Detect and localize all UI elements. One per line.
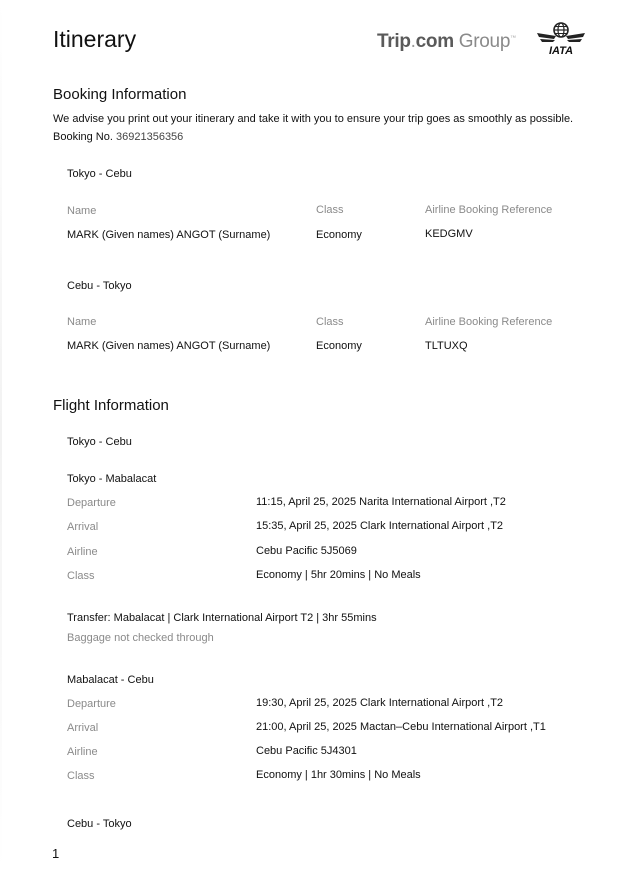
- booking-segment-route: Tokyo - Cebu: [67, 168, 132, 180]
- name-column-header: Name: [67, 316, 96, 328]
- leg-route: Tokyo - Mabalacat: [67, 473, 156, 485]
- iata-logo-icon: IATA: [535, 22, 587, 56]
- leg-route: Mabalacat - Cebu: [67, 674, 154, 686]
- logo-com-text: com: [416, 31, 454, 52]
- trip-com-group-logo: Trip.com Group™: [377, 31, 516, 53]
- booking-number-label: Booking No.: [53, 131, 113, 143]
- arrival-label: Arrival: [67, 722, 98, 734]
- name-column-header: Name: [67, 205, 96, 217]
- passenger-class: Economy: [316, 229, 362, 241]
- booking-ref-column-header: Airline Booking Reference: [425, 316, 552, 328]
- logo-tm: ™: [510, 36, 516, 42]
- airline-label: Airline: [67, 546, 98, 558]
- arrival-value: 15:35, April 25, 2025 Clark Internationa…: [256, 520, 503, 532]
- advice-text: We advise you print out your itinerary a…: [53, 113, 573, 125]
- airline-booking-reference: KEDGMV: [425, 228, 473, 240]
- logo-group-text: Group: [454, 31, 510, 52]
- class-label: Class: [67, 570, 95, 582]
- airline-label: Airline: [67, 746, 98, 758]
- iata-text: IATA: [549, 45, 573, 56]
- logo-trip-text: Trip: [377, 31, 411, 52]
- booking-info-heading: Booking Information: [53, 86, 186, 103]
- booking-segment-route: Cebu - Tokyo: [67, 280, 132, 292]
- trip-route-return: Cebu - Tokyo: [67, 818, 132, 830]
- class-label: Class: [67, 770, 95, 782]
- trip-route-outbound: Tokyo - Cebu: [67, 436, 132, 448]
- arrival-value: 21:00, April 25, 2025 Mactan–Cebu Intern…: [256, 721, 546, 733]
- booking-number-value: 36921356356: [116, 131, 183, 143]
- class-column-header: Class: [316, 204, 344, 216]
- class-value: Economy | 5hr 20mins | No Meals: [256, 569, 421, 581]
- flight-info-heading: Flight Information: [53, 397, 169, 414]
- departure-label: Departure: [67, 698, 116, 710]
- booking-number: Booking No. 36921356356: [53, 131, 183, 143]
- class-value: Economy | 1hr 30mins | No Meals: [256, 769, 421, 781]
- departure-value: 19:30, April 25, 2025 Clark Internationa…: [256, 697, 503, 709]
- departure-value: 11:15, April 25, 2025 Narita Internation…: [256, 496, 506, 508]
- class-column-header: Class: [316, 316, 344, 328]
- transfer-info: Transfer: Mabalacat | Clark Internationa…: [67, 612, 377, 624]
- booking-ref-column-header: Airline Booking Reference: [425, 204, 552, 216]
- departure-label: Departure: [67, 497, 116, 509]
- passenger-name: MARK (Given names) ANGOT (Surname): [67, 340, 270, 352]
- arrival-label: Arrival: [67, 521, 98, 533]
- airline-value: Cebu Pacific 5J5069: [256, 545, 357, 557]
- passenger-class: Economy: [316, 340, 362, 352]
- baggage-note: Baggage not checked through: [67, 632, 214, 644]
- airline-value: Cebu Pacific 5J4301: [256, 745, 357, 757]
- airline-booking-reference: TLTUXQ: [425, 340, 468, 352]
- scan-edge: [0, 0, 2, 871]
- page-title: Itinerary: [53, 26, 136, 53]
- page-number: 1: [52, 846, 59, 861]
- passenger-name: MARK (Given names) ANGOT (Surname): [67, 229, 270, 241]
